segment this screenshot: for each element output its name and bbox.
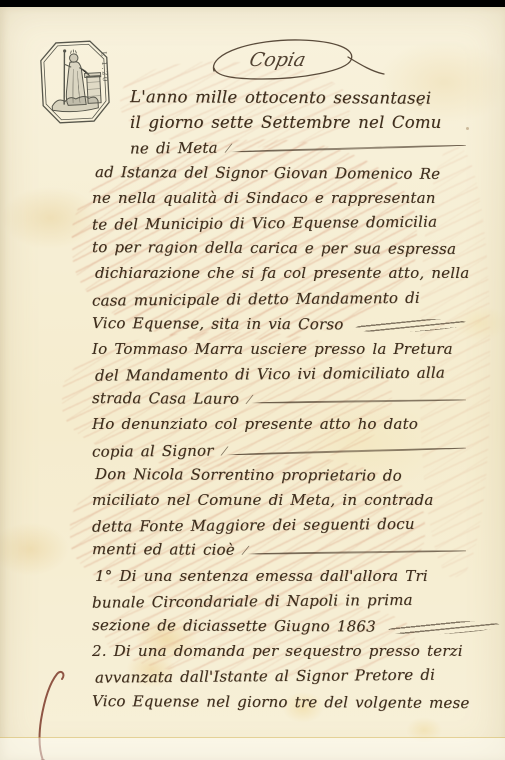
manuscript-line-text: 2. Di una domanda per sequestro presso t… xyxy=(92,639,463,664)
stamp-value-text: L 1.20 xyxy=(99,51,109,83)
manuscript-line: miciliato nel Comune di Meta, in contrad… xyxy=(92,488,470,513)
manuscript-line-text: ad Istanza del Signor Giovan Domenico Re xyxy=(95,160,440,187)
manuscript-line-text: Vico Equense nel giorno tre del volgente… xyxy=(92,689,470,716)
ink-filler-line xyxy=(226,443,467,457)
manuscript-line: sezione de diciassette Giugno 1863 xyxy=(92,613,470,640)
manuscript-line-text: to per ragion della carica e per sua esp… xyxy=(92,235,456,262)
manuscript-line: avvanzata dall'Istante al Signor Pretore… xyxy=(95,663,470,691)
manuscript-line: Vico Equense, sita in via Corso xyxy=(92,311,470,338)
manuscript-line-text: menti ed atti cioè xyxy=(92,537,235,563)
manuscript-line: to per ragion della carica e per sua esp… xyxy=(92,235,470,262)
manuscript-line-text: Vico Equense, sita in via Corso xyxy=(92,311,344,338)
manuscript-line: 1° Di una sentenza emessa dall'allora Tr… xyxy=(95,564,470,589)
manuscript-line: Don Nicola Sorrentino proprietario do xyxy=(95,462,470,489)
manuscript-line: del Mandamento di Vico ivi domiciliato a… xyxy=(95,360,470,388)
manuscript-line-text: miciliato nel Comune di Meta, in contrad… xyxy=(92,488,434,513)
manuscript-line: menti ed atti cioè xyxy=(92,537,470,564)
manuscript-line-text: ne nella qualità di Sindaco e rappresent… xyxy=(92,186,436,211)
manuscript-line: bunale Circondariale di Napoli in prima xyxy=(92,587,470,615)
manuscript-line: ne nella qualità di Sindaco e rappresent… xyxy=(92,186,470,211)
manuscript-line-text: te del Municipio di Vico Equense domicil… xyxy=(92,210,437,238)
ink-filler-scribble xyxy=(355,319,467,332)
ink-filler-line xyxy=(247,545,466,558)
manuscript-line-text: ne di Meta xyxy=(130,136,218,162)
manuscript-line-text: strada Casa Lauro xyxy=(92,386,239,412)
manuscript-line: te del Municipio di Vico Equense domicil… xyxy=(92,209,470,237)
manuscript-line-text: bunale Circondariale di Napoli in prima xyxy=(92,588,413,616)
manuscript-line-text: casa municipale di detto Mandamento di xyxy=(92,285,420,313)
manuscript-line: ne di Meta xyxy=(130,134,470,162)
paper-fold-line xyxy=(0,737,505,738)
manuscript-line-text: 1° Di una sentenza emessa dall'allora Tr… xyxy=(95,564,428,589)
ink-filler-line xyxy=(251,394,466,407)
manuscript-line-text: L'anno mille ottocento sessantasei xyxy=(130,84,431,111)
copia-text: Copia xyxy=(248,48,308,71)
manuscript-line-text: Io Tommaso Marra usciere presso la Pretu… xyxy=(92,337,453,362)
manuscript-text: L'anno mille ottocento sessantaseiil gio… xyxy=(92,85,470,715)
manuscript-line: L'anno mille ottocento sessantasei xyxy=(130,84,470,111)
paper-sheet: L 1.20 Copia L'anno mille ottocento sess… xyxy=(0,7,505,760)
ink-filler-scribble xyxy=(388,621,500,634)
manuscript-line-text: del Mandamento di Vico ivi domiciliato a… xyxy=(95,361,445,389)
manuscript-line-text: avvanzata dall'Istante al Signor Pretore… xyxy=(95,663,435,691)
ink-filler-line xyxy=(230,141,466,155)
manuscript-line: Io Tommaso Marra usciere presso la Pretu… xyxy=(92,337,470,362)
manuscript-line: ad Istanza del Signor Giovan Domenico Re xyxy=(95,160,470,187)
manuscript-line: Vico Equense nel giorno tre del volgente… xyxy=(92,689,470,716)
manuscript-line-text: detta Fonte Maggiore dei seguenti docu xyxy=(92,512,415,540)
scan-top-border xyxy=(0,0,505,7)
manuscript-line: strada Casa Lauro xyxy=(92,386,470,413)
manuscript-line: casa municipale di detto Mandamento di xyxy=(92,285,470,313)
manuscript-line: il giorno sette Settembre nel Comu xyxy=(130,110,470,135)
manuscript-line: dichiarazione che si fa col presente att… xyxy=(95,261,470,286)
manuscript-line: 2. Di una domanda per sequestro presso t… xyxy=(92,639,470,664)
manuscript-line: copia al Signor xyxy=(92,436,470,464)
manuscript-line: Ho denunziato col presente atto ho dato xyxy=(92,412,470,437)
paper-edge-area xyxy=(0,738,505,760)
manuscript-line-text: dichiarazione che si fa col presente att… xyxy=(95,261,469,286)
manuscript-line-text: il giorno sette Settembre nel Comu xyxy=(130,110,442,135)
manuscript-line: detta Fonte Maggiore dei seguenti docu xyxy=(92,512,470,540)
manuscript-line-text: Don Nicola Sorrentino proprietario do xyxy=(95,462,402,489)
manuscript-line-text: copia al Signor xyxy=(92,438,214,464)
manuscript-line-text: sezione de diciassette Giugno 1863 xyxy=(92,613,376,640)
manuscript-line-text: Ho denunziato col presente atto ho dato xyxy=(92,412,418,437)
